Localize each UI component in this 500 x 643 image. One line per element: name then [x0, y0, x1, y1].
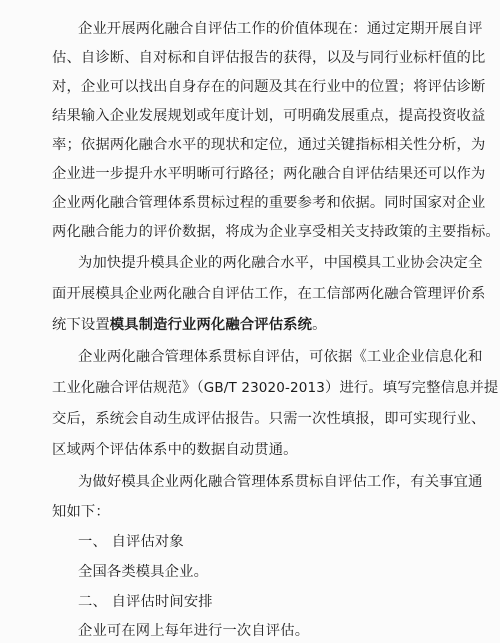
standard-code: GB/T 23020-2013 [204, 380, 325, 396]
paragraph-2-line-1: 为加快提升模具企业的两化融合水平，中国模具工业协会决定全 [78, 253, 483, 273]
system-name-emphasis: 模具制造行业两化融合评估系统 [110, 317, 312, 333]
paragraph-1-line-6: 企业进一步提升水平明晰可行路径；两化融合自评估结果还可以作为 [52, 164, 485, 184]
paragraph-1-line-3: 对，企业可以找出自身存在的问题及其在行业中的位置；将评估诊断 [52, 77, 485, 97]
paragraph-4-line-1: 为做好模具企业两化融合管理体系贯标自评估工作，有关事宜通 [78, 472, 483, 492]
paragraph-2-line-3: 统下设置模具制造行业两化融合评估系统。 [52, 315, 327, 335]
paragraph-3-line-4: 区域两个评估体系中的数据自动贯通。 [52, 440, 298, 460]
paragraph-4-line-2: 知如下： [52, 502, 110, 522]
paragraph-1-line-8: 两化融合能力的评价数据，将成为企业享受相关支持政策的主要指标。 [52, 222, 500, 242]
paragraph-3-line-3: 交后，系统会自动生成评估报告。只需一次性填报，即可实现行业、 [52, 409, 485, 429]
text-span: 工业化融合评估规范》（ [52, 380, 204, 396]
section-1-body: 全国各类模具企业。 [78, 562, 208, 582]
paragraph-1-line-2: 估、自诊断、自对标和自评估报告的获得，以及与同行业标杆值的比 [52, 48, 485, 68]
paragraph-3-line-2: 工业化融合评估规范》（GB/T 23020-2013）进行。填写完整信息并提 [52, 378, 498, 398]
paragraph-1-line-5: 率；依据两化融合水平的现状和定位，通过关键指标相关性分析，为 [52, 135, 485, 155]
paragraph-1-line-4: 结果输入企业发展规划或年度计划，可明确发展重点，提高投资收益 [52, 106, 485, 126]
text-span: 统下设置 [52, 317, 110, 333]
text-span: 。 [312, 317, 326, 333]
document-page: 企业开展两化融合自评估工作的价值体现在：通过定期开展自评 估、自诊断、自对标和自… [0, 0, 500, 643]
section-1-heading: 一、 自评估对象 [78, 532, 184, 552]
section-2-heading: 二、 自评估时间安排 [78, 592, 213, 612]
paragraph-3-line-1: 企业两化融合管理体系贯标自评估，可依据《工业企业信息化和 [78, 347, 483, 367]
section-2-body: 企业可在网上每年进行一次自评估。 [78, 621, 309, 641]
text-span: ）进行。填写完整信息并提 [325, 380, 498, 396]
paragraph-1-line-1: 企业开展两化融合自评估工作的价值体现在：通过定期开展自评 [78, 19, 483, 39]
paragraph-2-line-2: 面开展模具企业两化融合自评估工作，在工信部两化融合管理评价系 [52, 284, 485, 304]
paragraph-1-line-7: 企业两化融合管理体系贯标过程的重要参考和依据。同时国家对企业 [52, 193, 485, 213]
